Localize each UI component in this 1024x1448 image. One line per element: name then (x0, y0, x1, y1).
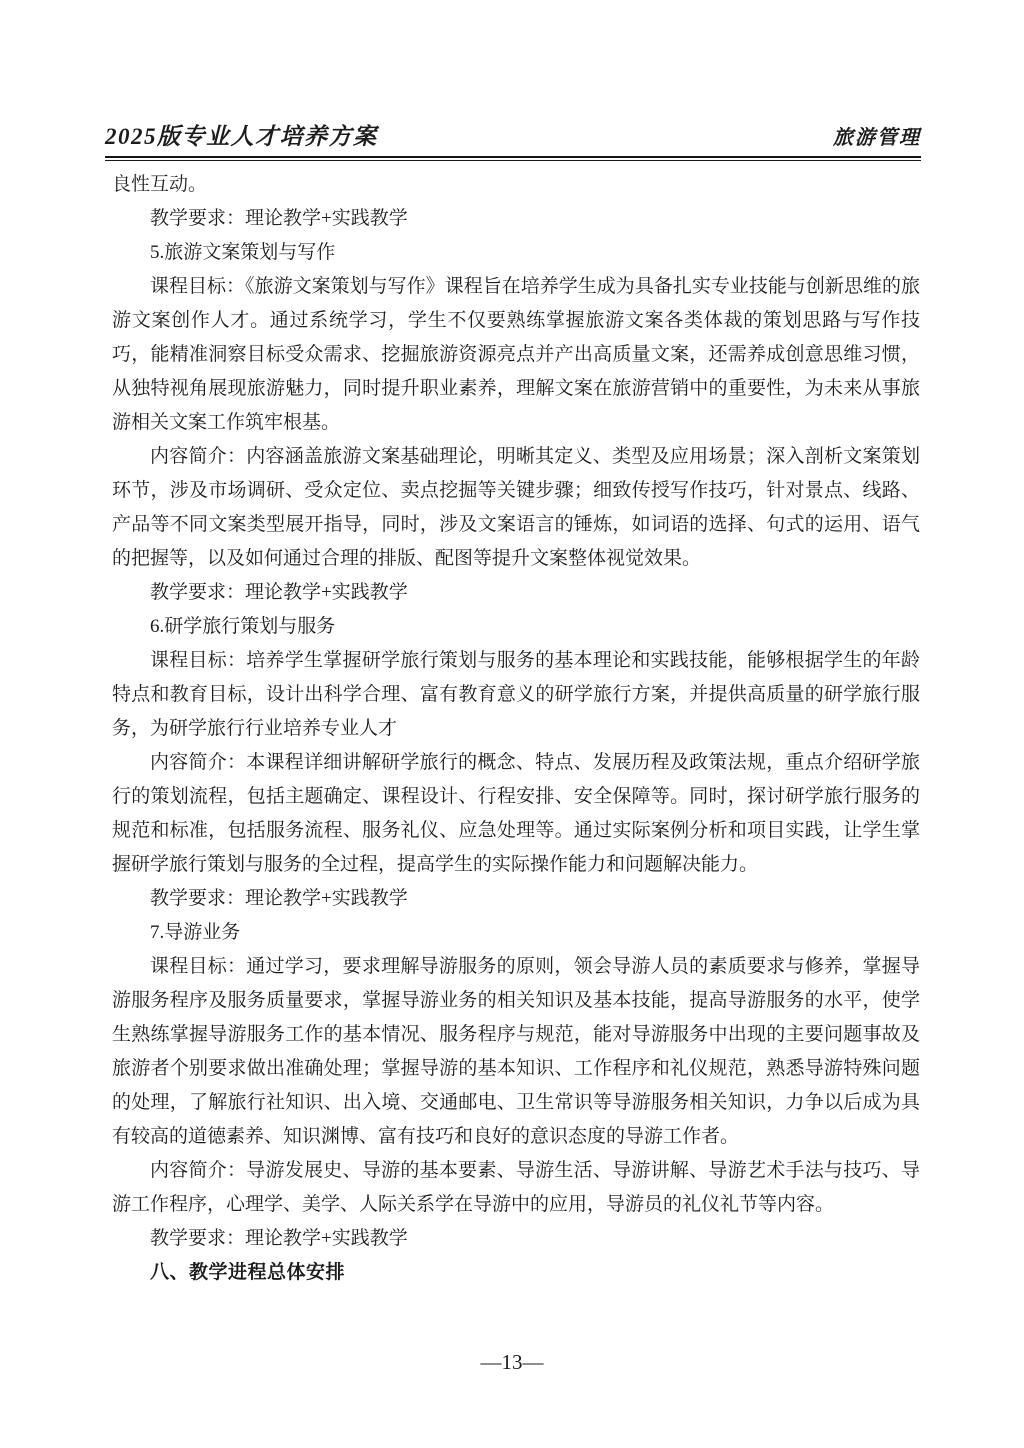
teaching-requirement: 教学要求：理论教学+实践教学 (112, 882, 920, 916)
course-item-6-title: 6.研学旅行策划与服务 (112, 610, 920, 644)
page-header: 2025版专业人才培养方案 旅游管理 (105, 118, 921, 161)
header-rule (105, 156, 921, 161)
header-document-title: 2025版专业人才培养方案 (105, 118, 378, 151)
course-5-objective: 课程目标：《旅游文案策划与写作》课程旨在培养学生成为具备扎实专业技能与创新思维的… (112, 270, 920, 440)
course-7-objective: 课程目标：通过学习，要求理解导游服务的原则，领会导游人员的素质要求与修养，掌握导… (112, 950, 920, 1154)
document-body: 良性互动。 教学要求：理论教学+实践教学 5.旅游文案策划与写作 课程目标：《旅… (112, 168, 920, 1290)
course-7-content-summary: 内容简介：导游发展史、导游的基本要素、导游生活、导游讲解、导游艺术手法与技巧、导… (112, 1154, 920, 1222)
page-number: —13— (481, 1350, 544, 1374)
teaching-requirement: 教学要求：理论教学+实践教学 (112, 576, 920, 610)
teaching-requirement: 教学要求：理论教学+实践教学 (112, 202, 920, 236)
course-item-7-title: 7.导游业务 (112, 916, 920, 950)
header-major-name: 旅游管理 (833, 121, 921, 150)
teaching-requirement: 教学要求：理论教学+实践教学 (112, 1222, 920, 1256)
course-5-content-summary: 内容简介：内容涵盖旅游文案基础理论，明晰其定义、类型及应用场景；深入剖析文案策划… (112, 440, 920, 576)
course-6-content-summary: 内容简介：本课程详细讲解研学旅行的概念、特点、发展历程及政策法规，重点介绍研学旅… (112, 746, 920, 882)
paragraph-continuation: 良性互动。 (112, 168, 920, 202)
section-heading-teaching-schedule: 八、教学进程总体安排 (112, 1256, 920, 1290)
course-6-objective: 课程目标：培养学生掌握研学旅行策划与服务的基本理论和实践技能，能够根据学生的年龄… (112, 644, 920, 746)
course-item-5-title: 5.旅游文案策划与写作 (112, 236, 920, 270)
page-footer: —13— (0, 1350, 1024, 1375)
document-page: 2025版专业人才培养方案 旅游管理 良性互动。 教学要求：理论教学+实践教学 … (0, 0, 1024, 1448)
